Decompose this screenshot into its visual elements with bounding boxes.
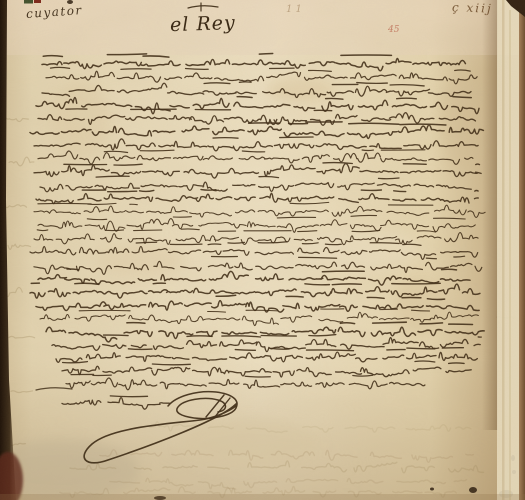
paper-grain bbox=[0, 0, 525, 500]
manuscript-artwork bbox=[0, 0, 525, 500]
manuscript-page: cuyator el Rey ç xiij 1 1 45 bbox=[0, 0, 525, 500]
